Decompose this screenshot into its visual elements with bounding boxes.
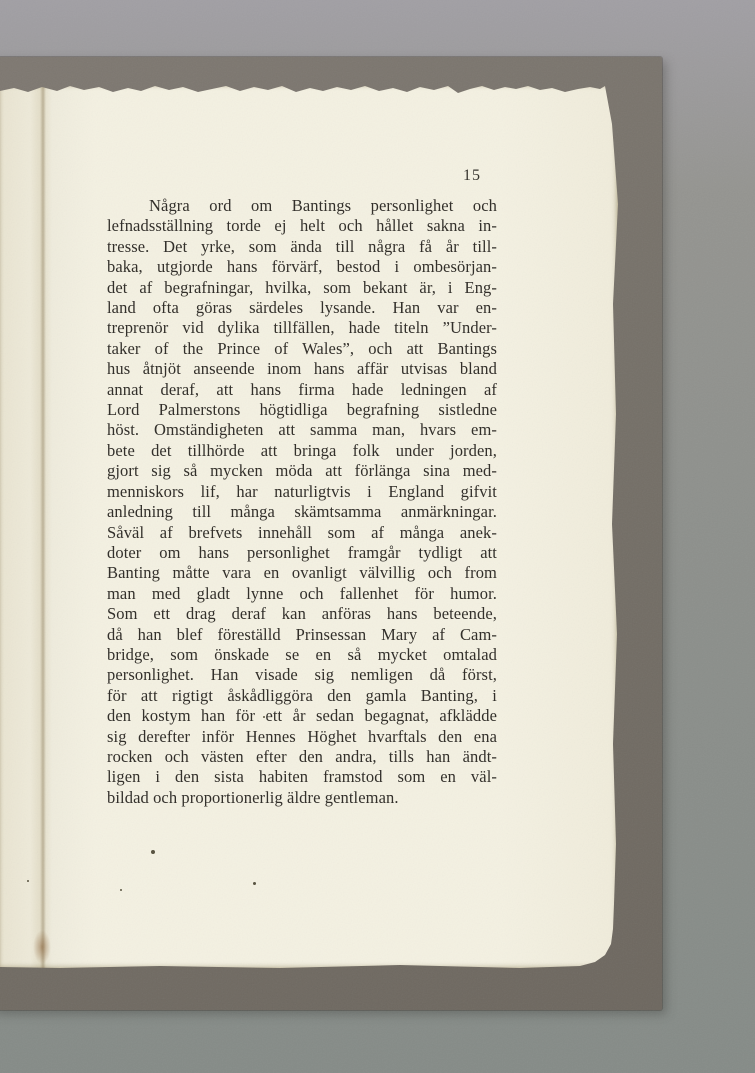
- gutter-crease: [40, 84, 46, 968]
- text-line: sig derefter inför Hennes Höghet hvarfta…: [107, 727, 497, 747]
- text-line: tresse. Det yrke, som ända till några få…: [107, 237, 497, 257]
- text-line: Några ord om Bantings personlighet och: [107, 196, 497, 216]
- text-line: den kostym han för ett år sedan begagnat…: [107, 706, 497, 726]
- foxing-speck: [27, 880, 29, 882]
- text-line: bildad och proportionerlig äldre gentlem…: [107, 788, 497, 808]
- text-line: Banting måtte vara en ovanligt välvillig…: [107, 563, 497, 583]
- text-line: man med gladt lynne och fallenhet för hu…: [107, 584, 497, 604]
- text-line: baka, utgjorde hans förvärf, bestod i om…: [107, 257, 497, 277]
- text-line: hus åtnjöt anseende inom hans affär utvi…: [107, 359, 497, 379]
- text-line: Såväl af brefvets innehåll som af många …: [107, 523, 497, 543]
- text-line: höst. Omständigheten att samma man, hvar…: [107, 420, 497, 440]
- text-line: Som ett drag deraf kan anföras hans bete…: [107, 604, 497, 624]
- text-line: det af begrafningar, hvilka, som bekant …: [107, 278, 497, 298]
- text-line: ligen i den sista habiten framstod som e…: [107, 767, 497, 787]
- foxing-speck: [263, 716, 265, 718]
- text-line: taker of the Prince of Wales”, och att B…: [107, 339, 497, 359]
- text-line: för att rigtigt åskådliggöra den gamla B…: [107, 686, 497, 706]
- foxing-speck: [120, 889, 122, 891]
- foxing-speck: [151, 850, 155, 854]
- book-page: 15 Några ord om Bantings personlighet oc…: [0, 84, 618, 968]
- text-line: land ofta göras särdeles lysande. Han va…: [107, 298, 497, 318]
- text-line: anledning till många skämtsamma anmärkni…: [107, 502, 497, 522]
- text-line: doter om hans personlighet framgår tydli…: [107, 543, 497, 563]
- text-line: bete det tillhörde att bringa folk under…: [107, 441, 497, 461]
- text-line: Lord Palmerstons högtidliga begrafning s…: [107, 400, 497, 420]
- text-line: rocken och västen efter den andra, tills…: [107, 747, 497, 767]
- text-line: treprenör vid dylika tillfällen, hade ti…: [107, 318, 497, 338]
- text-line: lefnadsställning torde ej helt och hålle…: [107, 216, 497, 236]
- text-line: personlighet. Han visade sig nemligen då…: [107, 665, 497, 685]
- gutter-stain: [33, 930, 51, 964]
- text-line: då han blef föreställd Prinsessan Mary a…: [107, 625, 497, 645]
- body-text: Några ord om Bantings personlighet ochle…: [107, 196, 497, 808]
- page-number: 15: [107, 167, 497, 185]
- text-line: bridge, som önskade se en så mycket omta…: [107, 645, 497, 665]
- text-line: menniskors lif, har naturligtvis i Engla…: [107, 482, 497, 502]
- text-line: gjort sig så mycken möda att förlänga si…: [107, 461, 497, 481]
- text-line: annat deraf, att hans firma hade ledning…: [107, 380, 497, 400]
- scanned-book-photo: 15 Några ord om Bantings personlighet oc…: [0, 0, 755, 1073]
- foxing-speck: [253, 882, 256, 885]
